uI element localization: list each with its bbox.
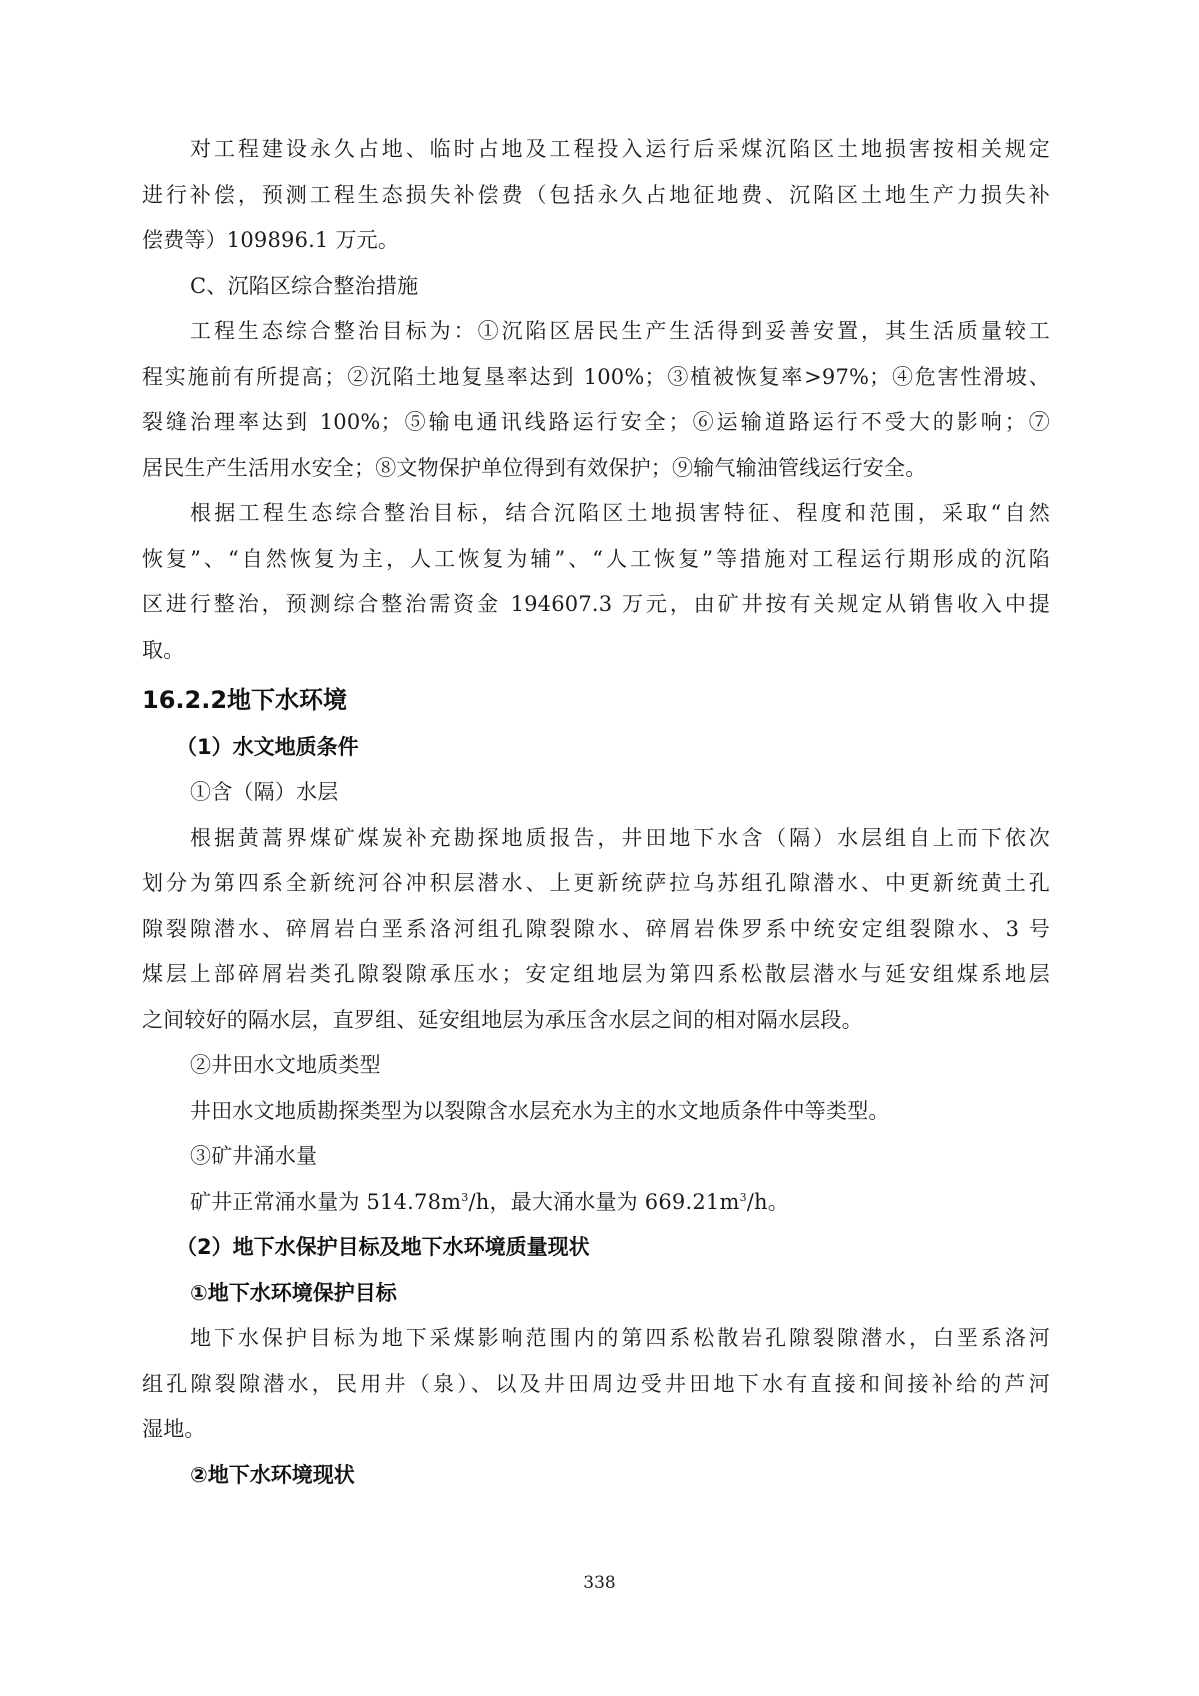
paragraph-aquifers-line-4: 煤层上部碎屑岩类孔隙裂隙承压水；安定组地层为第四系松散层潜水与延安组煤系地层	[142, 959, 1050, 989]
normal-inflow-text: 矿井正常涌水量为 514.78m	[190, 1190, 461, 1214]
paragraph-aquifers-line-1: 根据黄蒿界煤矿煤炭补充勘探地质报告，井田地下水含（隔）水层组自上而下依次	[190, 823, 1050, 853]
subheading-groundwater-protection: （2）地下水保护目标及地下水环境质量现状	[176, 1232, 590, 1262]
paragraph-remediation-goals-line-3: 裂缝治理率达到 100%；⑤输电通讯线路运行安全；⑥运输道路运行不受大的影响；⑦	[142, 407, 1050, 437]
paragraph-aquifers-line-3: 隙裂隙潜水、碎屑岩白垩系洛河组孔隙裂隙水、碎屑岩侏罗系中统安定组裂隙水、3 号	[142, 914, 1050, 944]
item-groundwater-status: ②地下水环境现状	[190, 1460, 355, 1490]
paragraph-compensation-line-2: 进行补偿，预测工程生态损失补偿费（包括永久占地征地费、沉陷区土地生产力损失补	[142, 180, 1050, 210]
paragraph-aquifers-line-5: 之间较好的隔水层，直罗组、延安组地层为承压含水层之间的相对隔水层段。	[142, 1005, 1050, 1035]
item-protection-targets: ①地下水环境保护目标	[190, 1278, 397, 1308]
paragraph-protection-targets-line-1: 地下水保护目标为地下采煤影响范围内的第四系松散岩孔隙裂隙潜水，白垩系洛河	[190, 1323, 1050, 1353]
paragraph-protection-targets-line-2: 组孔隙裂隙潜水，民用井（泉）、以及井田周边受井田地下水有直接和间接补给的芦河	[142, 1369, 1050, 1399]
max-inflow-text: /h，最大涌水量为 669.21m	[468, 1190, 739, 1214]
document-page: 对工程建设永久占地、临时占地及工程投入运行后采煤沉陷区土地损害按相关规定 进行补…	[0, 0, 1199, 1696]
item-aquifer-layers: ①含（隔）水层	[190, 777, 1050, 807]
paragraph-compensation-line-1: 对工程建设永久占地、临时占地及工程投入运行后采煤沉陷区土地损害按相关规定	[190, 134, 1050, 164]
paragraph-remediation-measures-line-2: 恢复”、“自然恢复为主，人工恢复为辅”、“人工恢复”等措施对工程运行期形成的沉陷	[142, 544, 1050, 574]
paragraph-remediation-measures-line-4: 取。	[142, 635, 1050, 665]
paragraph-hydrogeology-type: 井田水文地质勘探类型为以裂隙含水层充水为主的水文地质条件中等类型。	[190, 1096, 1050, 1126]
paragraph-mine-water-inflow: 矿井正常涌水量为 514.78m3/h，最大涌水量为 669.21m3/h。	[190, 1187, 1050, 1217]
paragraph-remediation-measures-line-3: 区进行整治，预测综合整治需资金 194607.3 万元，由矿井按有关规定从销售收…	[142, 589, 1050, 619]
paragraph-remediation-goals-line-2: 程实施前有所提高；②沉陷土地复垦率达到 100%；③植被恢复率>97%；④危害性…	[142, 362, 1050, 392]
heading-subsidence-remediation: C、沉陷区综合整治措施	[190, 271, 1050, 301]
item-mine-water-inflow: ③矿井涌水量	[190, 1141, 1050, 1171]
paragraph-remediation-goals-line-1: 工程生态综合整治目标为：①沉陷区居民生产生活得到妥善安置，其生活质量较工	[190, 316, 1050, 346]
paragraph-remediation-goals-line-4: 居民生产生活用水安全；⑧文物保护单位得到有效保护；⑨输气输油管线运行安全。	[142, 453, 1050, 483]
unit-suffix: /h。	[747, 1190, 789, 1214]
subheading-hydrogeology: （1）水文地质条件	[176, 732, 359, 762]
section-heading-groundwater: 16.2.2地下水环境	[142, 684, 347, 716]
superscript-cubed: 3	[740, 1191, 747, 1204]
page-number: 338	[0, 1572, 1199, 1594]
paragraph-remediation-measures-line-1: 根据工程生态综合整治目标，结合沉陷区土地损害特征、程度和范围，采取“自然	[190, 498, 1050, 528]
paragraph-aquifers-line-2: 划分为第四系全新统河谷冲积层潜水、上更新统萨拉乌苏组孔隙潜水、中更新统黄土孔	[142, 868, 1050, 898]
paragraph-protection-targets-line-3: 湿地。	[142, 1414, 1050, 1444]
paragraph-compensation-line-3: 偿费等）109896.1 万元。	[142, 225, 1050, 255]
item-hydrogeology-type: ②井田水文地质类型	[190, 1050, 1050, 1080]
